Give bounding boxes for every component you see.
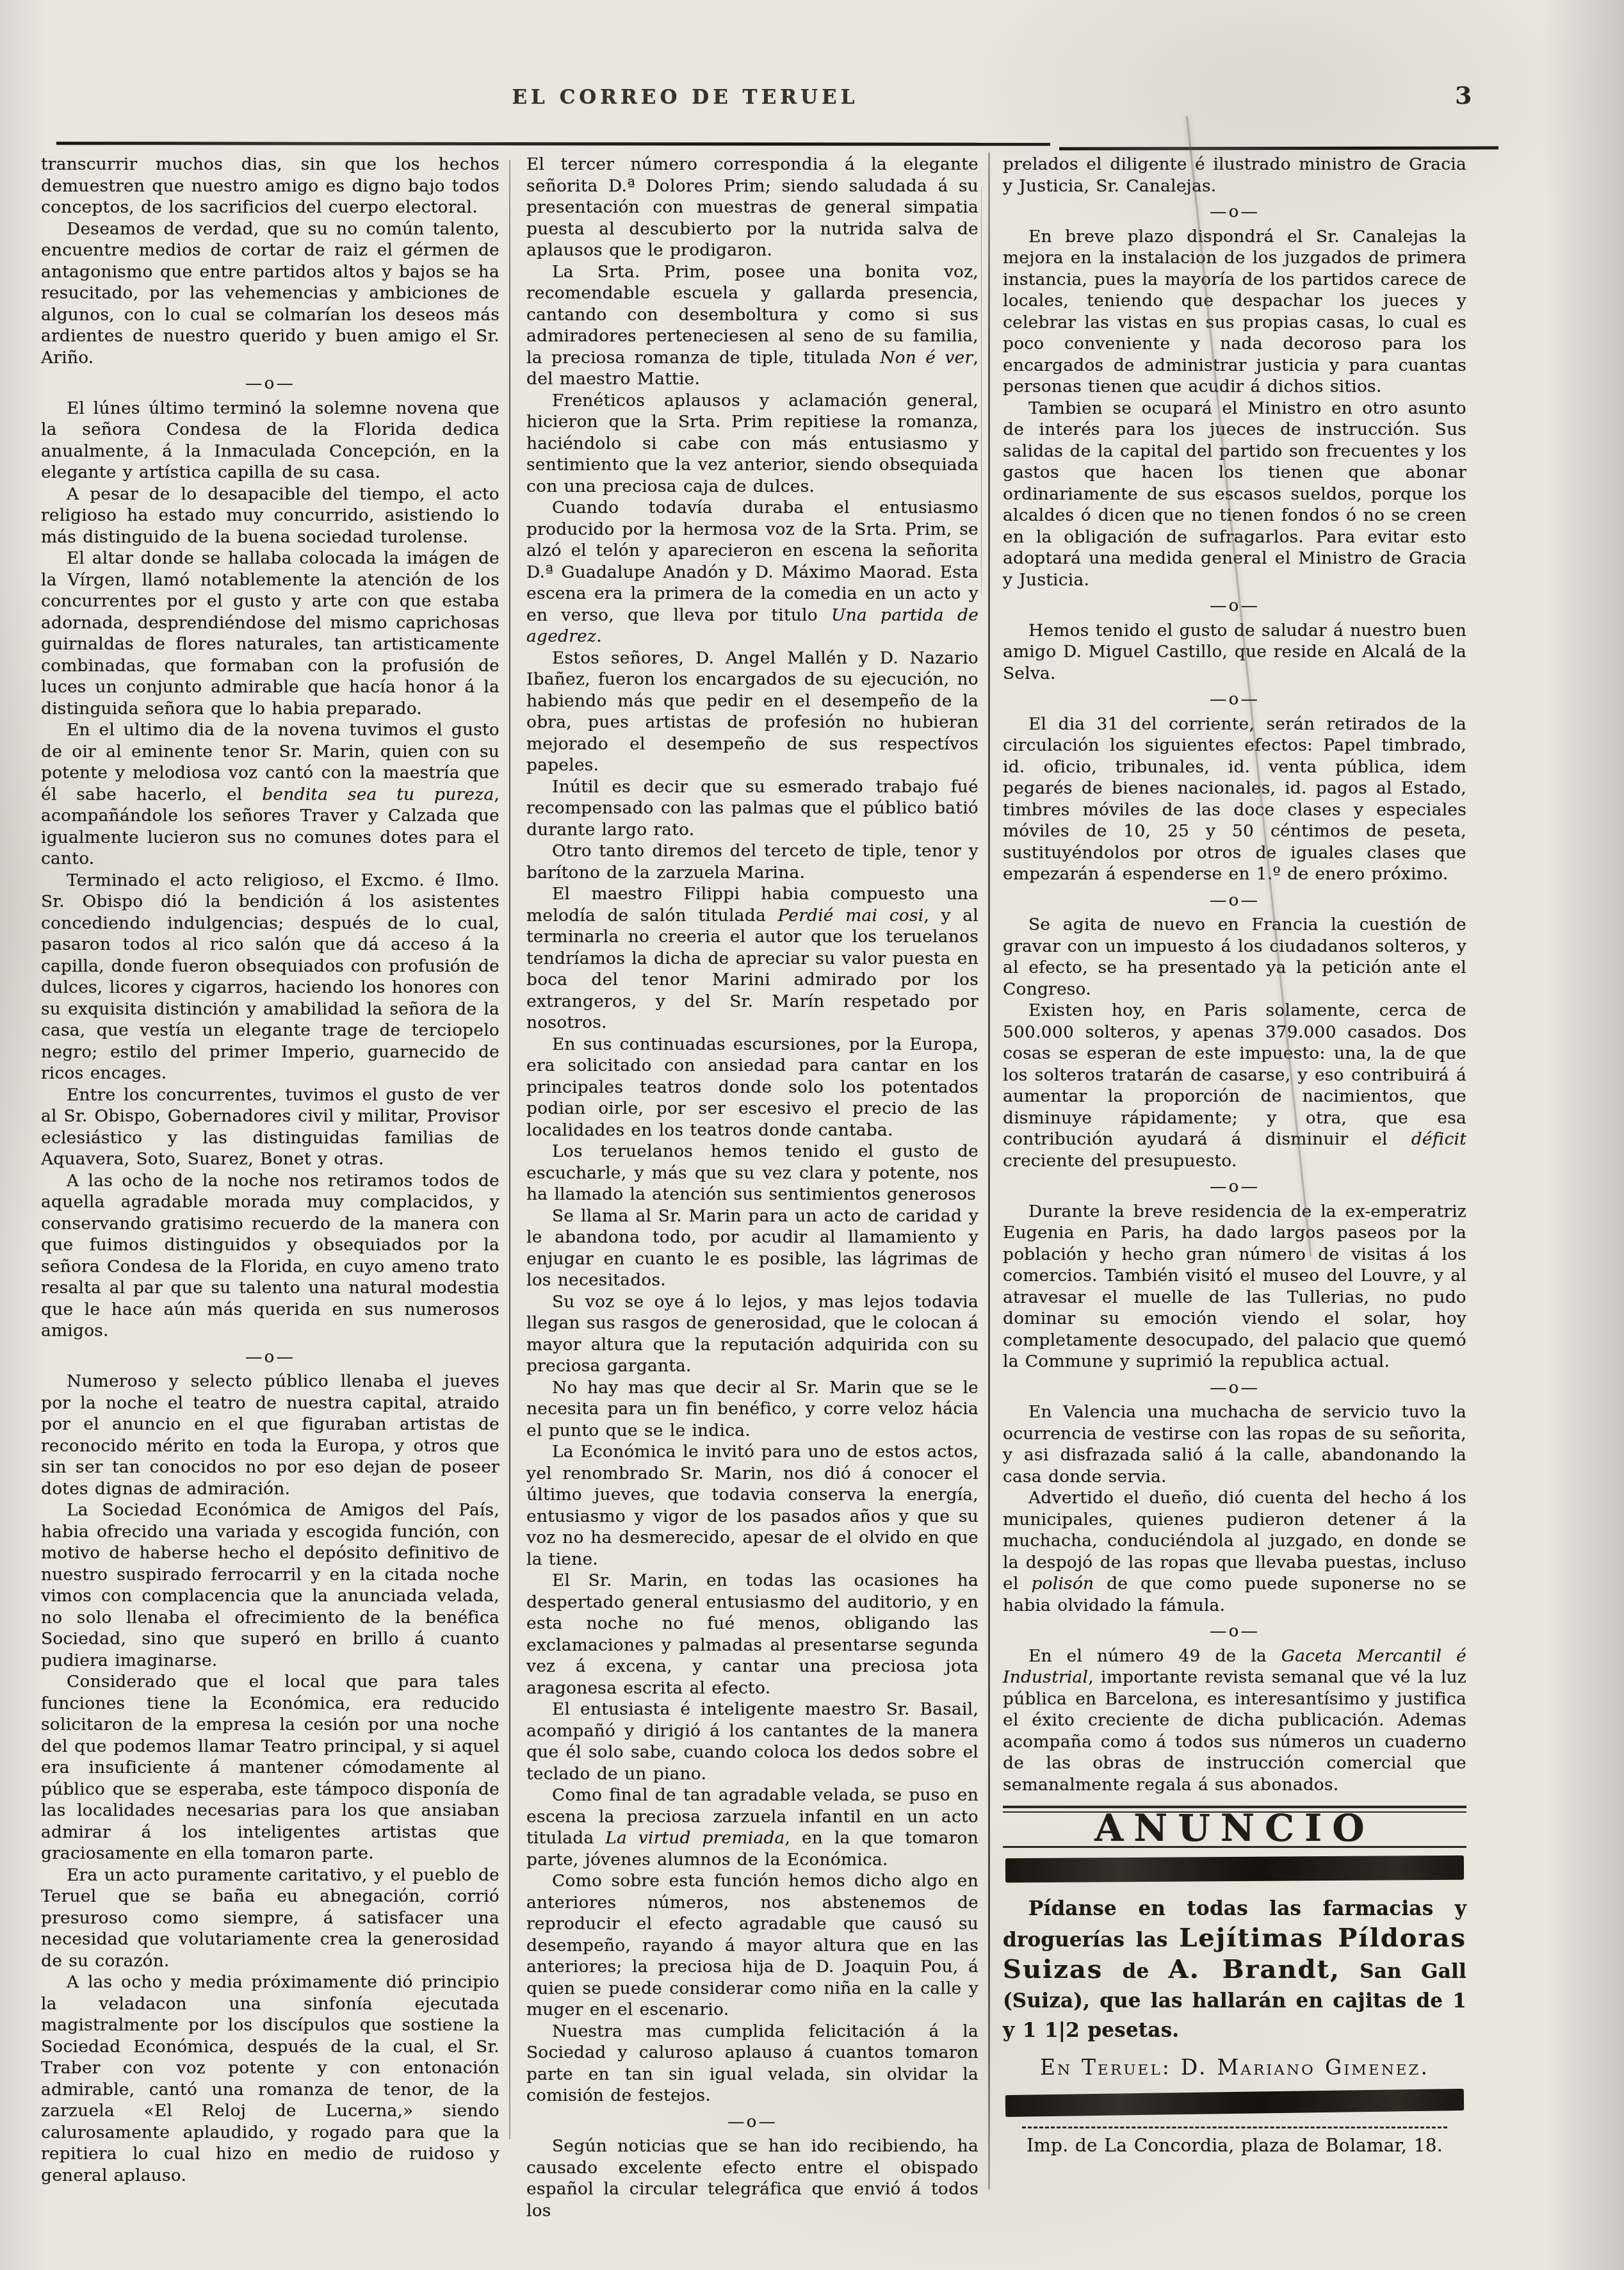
paragraph: Como sobre esta función hemos dicho algo… xyxy=(526,1870,978,2021)
text-run: Numeroso y selecto público llenaba el ju… xyxy=(41,1371,499,1499)
paragraph: Se agita de nuevo en Francia la cuestión… xyxy=(1003,914,1466,1000)
text-run: transcurrir muchos dias, sin que los hec… xyxy=(41,154,499,217)
text-run: El entusiasta é inteligente maestro Sr. … xyxy=(526,1699,978,1784)
text-run: En sus continuadas escursiones, por la E… xyxy=(526,1034,978,1140)
section-separator: —o— xyxy=(41,373,499,395)
text-run: En breve plazo dispondrá el Sr. Canaleja… xyxy=(1003,227,1466,397)
text-run: déficit xyxy=(1411,1129,1466,1149)
text-run: Entre los concurrentes, tuvimos el gusto… xyxy=(41,1085,499,1170)
paragraph: Inútil es decir que su esmerado trabajo … xyxy=(526,776,978,841)
text-run: Frenéticos aplausos y aclamación general… xyxy=(526,391,978,496)
section-separator: —o— xyxy=(1003,890,1466,911)
text-run: No hay mas que decir al Sr. Marin que se… xyxy=(526,1378,978,1441)
section-separator: —o— xyxy=(1003,595,1466,617)
paragraph: La Srta. Prim, posee una bonita voz, rec… xyxy=(526,261,978,390)
paragraph: prelados el diligente é ilustrado minist… xyxy=(1003,154,1466,197)
header-rule-left xyxy=(56,142,1050,146)
paragraph: Deseamos de verdad, que su no común tale… xyxy=(41,218,499,369)
masthead-title: EL CORREO DE TERUEL xyxy=(0,86,1370,109)
text-run: Los teruelanos hemos tenido el gusto de … xyxy=(526,1141,978,1204)
column-2: El tercer número correspondia á la elega… xyxy=(526,154,978,2221)
text-run: En el número 49 de la xyxy=(1028,1646,1281,1666)
text-run: Inútil es decir que su esmerado trabajo … xyxy=(526,777,978,840)
text-run: prelados el diligente é ilustrado minist… xyxy=(1003,154,1466,196)
text-run: Como sobre esta función hemos dicho algo… xyxy=(526,1871,978,2020)
text-run: creciente del presupuesto. xyxy=(1003,1151,1237,1171)
text-run: Deseamos de verdad, que su no común tale… xyxy=(41,219,499,368)
paragraph: Existen hoy, en Paris solamente, cerca d… xyxy=(1003,1000,1466,1172)
text-run: A pesar de lo desapacible del tiempo, el… xyxy=(41,484,499,547)
paragraph: El Sr. Marin, en todas las ocasiones ha … xyxy=(526,1570,978,1699)
paragraph: En breve plazo dispondrá el Sr. Canaleja… xyxy=(1003,226,1466,398)
section-separator: —o— xyxy=(1003,1176,1466,1198)
paragraph: El dia 31 del corriente, serán retirados… xyxy=(1003,714,1466,885)
section-separator: —o— xyxy=(1003,689,1466,710)
text-run: Otro tanto diremos del terceto de tiple,… xyxy=(526,841,978,883)
text-run: El tercer número correspondia á la elega… xyxy=(526,154,978,260)
text-run: Se agita de nuevo en Francia la cuestión… xyxy=(1003,915,1466,999)
text-run: polisón xyxy=(1031,1574,1094,1594)
text-run: Considerado que el local que para tales … xyxy=(41,1672,499,1863)
section-separator: —o— xyxy=(1003,1621,1466,1642)
section-separator: —o— xyxy=(41,1346,499,1368)
imprint-line: Imp. de La Concordia, plaza de Bolamar, … xyxy=(1003,2135,1466,2157)
paragraph: El lúnes último terminó la solemne noven… xyxy=(41,398,499,484)
paragraph: No hay mas que decir al Sr. Marin que se… xyxy=(526,1377,978,1442)
paragraph: transcurrir muchos dias, sin que los hec… xyxy=(41,154,499,218)
column-1: transcurrir muchos dias, sin que los hec… xyxy=(41,154,499,2186)
page-number: 3 xyxy=(1455,81,1472,110)
paragraph: Nuestra mas cumplida felicitación á la S… xyxy=(526,2021,978,2107)
text-run: Existen hoy, en Paris solamente, cerca d… xyxy=(1003,1000,1466,1149)
text-run: Durante la breve residencia de la ex-emp… xyxy=(1003,1202,1466,1372)
paragraph: Durante la breve residencia de la ex-emp… xyxy=(1003,1201,1466,1373)
paragraph: Cuando todavía duraba el entusiasmo prod… xyxy=(526,497,978,648)
text-run: A las ocho y media próximamente dió prin… xyxy=(41,1972,499,2185)
text-run: Según noticias que se han ido recibiendo… xyxy=(526,2136,978,2221)
text-run: Terminado el acto religioso, el Excmo. é… xyxy=(41,870,499,1084)
column-divider-right xyxy=(988,152,990,2189)
paragraph: La Económica le invitó para uno de estos… xyxy=(526,1441,978,1570)
paragraph: Era un acto puramente caritativo, y el p… xyxy=(41,1865,499,1972)
paragraph: En sus continuadas escursiones, por la E… xyxy=(526,1034,978,1141)
paragraph: Como final de tan agradable velada, se p… xyxy=(526,1784,978,1870)
paragraph: La Sociedad Económica de Amigos del País… xyxy=(41,1499,499,1671)
paragraph: Considerado que el local que para tales … xyxy=(41,1671,499,1865)
paragraph: En el número 49 de la Gaceta Mercantil é… xyxy=(1003,1645,1466,1796)
text-run: Hemos tenido el gusto de saludar á nuest… xyxy=(1003,621,1466,683)
paragraph: A las ocho de la noche nos retiramos tod… xyxy=(41,1170,499,1342)
paragraph: Numeroso y selecto público llenaba el ju… xyxy=(41,1371,499,1499)
paragraph: El tercer número correspondia á la elega… xyxy=(526,154,978,261)
text-run: A. Brandt, xyxy=(1169,1954,1340,1984)
paragraph: A las ocho y media próximamente dió prin… xyxy=(41,1972,499,2186)
paragraph: Estos señores, D. Angel Mallén y D. Naza… xyxy=(526,648,978,776)
paragraph: Entre los concurrentes, tuvimos el gusto… xyxy=(41,1084,499,1170)
text-run: La virtud premiada xyxy=(605,1828,784,1848)
paragraph: En Valencia una muchacha de servicio tuv… xyxy=(1003,1401,1466,1487)
text-run: El lúnes último terminó la solemne noven… xyxy=(41,398,499,483)
paragraph: A pesar de lo desapacible del tiempo, el… xyxy=(41,484,499,548)
column-3: prelados el diligente é ilustrado minist… xyxy=(1003,154,1466,2157)
paragraph: El maestro Filippi habia compuesto una m… xyxy=(526,883,978,1034)
ad-contact-line: En Teruel: D. Mariano Gimenez. xyxy=(1003,2057,1466,2078)
section-separator: —o— xyxy=(1003,201,1466,223)
text-run: En Valencia una muchacha de servicio tuv… xyxy=(1003,1402,1466,1487)
text-run: El Sr. Marin, en todas las ocasiones ha … xyxy=(526,1571,978,1698)
paragraph: Advertido el dueño, dió cuenta del hecho… xyxy=(1003,1487,1466,1616)
paragraph: Hemos tenido el gusto de saludar á nuest… xyxy=(1003,620,1466,685)
text-run: El dia 31 del corriente, serán retirados… xyxy=(1003,714,1466,885)
dashed-rule xyxy=(1022,2127,1447,2128)
paragraph: En el ultimo dia de la novena tuvimos el… xyxy=(41,719,499,870)
column-divider-left xyxy=(509,160,510,2139)
ink-bar xyxy=(1005,2089,1464,2117)
text-run: Era un acto puramente caritativo, y el p… xyxy=(41,1865,499,1971)
paragraph: Su voz se oye á lo lejos, y mas lejos to… xyxy=(526,1291,978,1377)
text-run: Perdié mai cosi xyxy=(777,906,923,926)
paragraph: Otro tanto diremos del terceto de tiple,… xyxy=(526,840,978,883)
text-run: Estos señores, D. Angel Mallén y D. Naza… xyxy=(526,648,978,776)
text-run: . xyxy=(596,626,602,646)
text-run: La Económica le invitó para uno de estos… xyxy=(526,1442,978,1569)
paragraph: El altar donde se hallaba colocada la im… xyxy=(41,548,499,719)
text-run: de xyxy=(1103,1960,1168,1983)
text-run: La Sociedad Económica de Amigos del País… xyxy=(41,1500,499,1670)
paragraph: Frenéticos aplausos y aclamación general… xyxy=(526,390,978,498)
text-run: A las ocho de la noche nos retiramos tod… xyxy=(41,1171,499,1341)
paragraph: Los teruelanos hemos tenido el gusto de … xyxy=(526,1141,978,1205)
text-run: Non é ver xyxy=(880,348,973,368)
section-separator: —o— xyxy=(1003,1377,1466,1399)
advertisement-text: Pídanse en todas las farmacias y droguer… xyxy=(1003,1894,1466,2045)
header-rule-right xyxy=(1059,146,1498,150)
paragraph: Se llama al Sr. Marin para un acto de ca… xyxy=(526,1205,978,1291)
paragraph: El entusiasta é inteligente maestro Sr. … xyxy=(526,1699,978,1784)
text-run: Se llama al Sr. Marin para un acto de ca… xyxy=(526,1206,978,1291)
paragraph: Según noticias que se han ido recibiendo… xyxy=(526,2135,978,2221)
anuncio-heading: ANUNCIO xyxy=(1003,1818,1466,1840)
text-run: bendita sea tu pureza xyxy=(262,785,494,804)
text-run: Su voz se oye á lo lejos, y mas lejos to… xyxy=(526,1292,978,1376)
paragraph: Terminado el acto religioso, el Excmo. é… xyxy=(41,870,499,1084)
column-divider-right-shadow xyxy=(981,186,982,596)
ink-bar xyxy=(1005,1855,1464,1882)
section-separator: —o— xyxy=(526,2111,978,2133)
text-run: El altar donde se hallaba colocada la im… xyxy=(41,548,499,719)
newspaper-page: EL CORREO DE TERUEL 3 transcurrir muchos… xyxy=(0,0,1624,2270)
text-run: Nuestra mas cumplida felicitación á la S… xyxy=(526,2021,978,2106)
